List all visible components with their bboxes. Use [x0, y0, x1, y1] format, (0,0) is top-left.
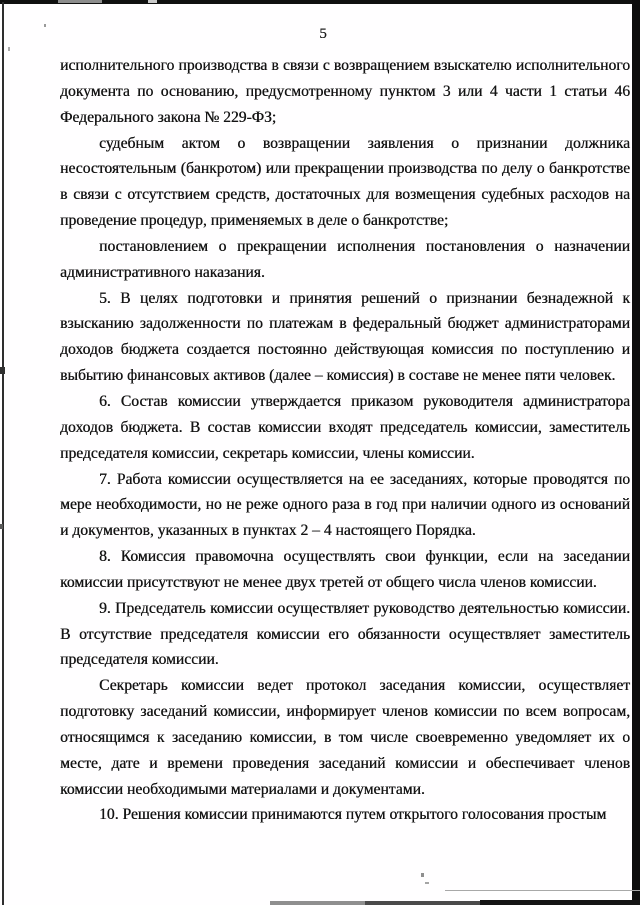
page-number: 5 [0, 26, 640, 43]
scan-noise-speck [425, 882, 429, 884]
paragraph: исполнительного производства в связи с в… [60, 53, 630, 131]
scan-edge-bottom-faint [445, 890, 640, 891]
scan-noise-blob [0, 367, 5, 374]
scan-edge-bottom-black [480, 900, 640, 905]
scan-noise-speck [421, 873, 424, 877]
scan-edge-top [0, 0, 640, 4]
scan-noise-speck [8, 47, 10, 51]
document-body: исполнительного производства в связи с в… [60, 53, 630, 828]
scan-edge-left [2, 2, 4, 905]
scan-edge-bottom-gray [270, 901, 365, 905]
paragraph: 5. В целях подготовки и принятия решений… [60, 286, 630, 389]
paragraph: Секретарь комиссии ведет протокол заседа… [60, 673, 630, 802]
scan-edge-top-gap [148, 0, 157, 3]
paragraph: 7. Работа комиссии осуществляется на ее … [60, 467, 630, 545]
paragraph: 9. Председатель комиссии осуществляет ру… [60, 596, 630, 674]
paragraph: постановлением о прекращении исполнения … [60, 234, 630, 286]
scan-noise-speck [0, 524, 3, 529]
paragraph: 6. Состав комиссии утверждается приказом… [60, 389, 630, 467]
scan-edge-right [632, 0, 640, 905]
paragraph: 10. Решения комиссии принимаются путем о… [60, 802, 630, 828]
scan-edge-top-light [58, 0, 102, 3]
scanned-document-page: 5 исполнительного производства в связи с… [0, 0, 640, 905]
paragraph: 8. Комиссия правомочна осуществлять свои… [60, 544, 630, 596]
paragraph: судебным актом о возвращении заявления о… [60, 131, 630, 234]
scan-edge-bottom-dark [365, 901, 480, 905]
